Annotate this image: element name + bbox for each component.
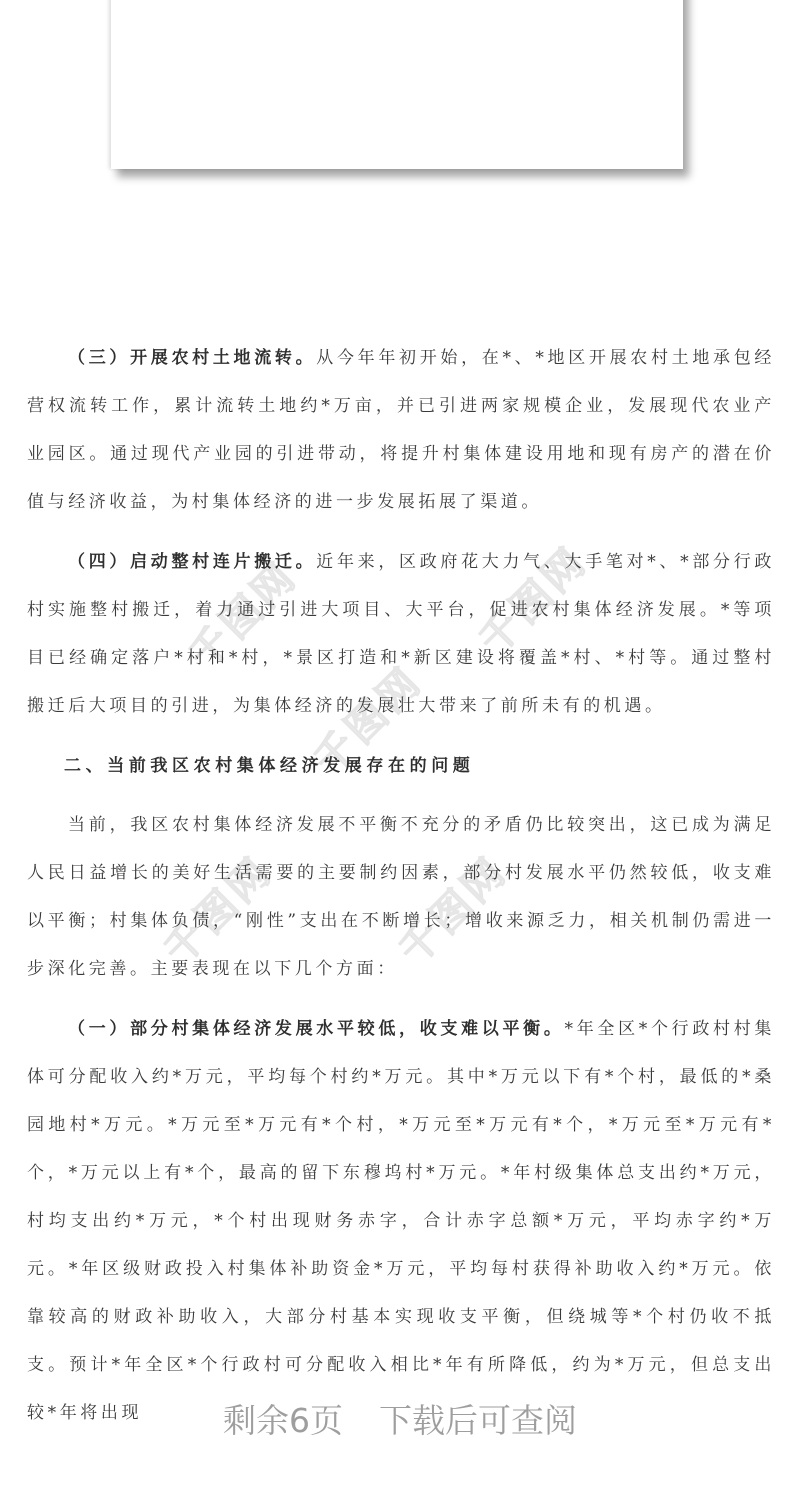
paragraph-lead: （四）启动整村连片搬迁。 xyxy=(68,552,316,572)
paragraph-text: *年全区*个行政村村集体可分配收入约*万元，平均每个村约*万元。其中*万元以下有… xyxy=(27,1019,775,1423)
paragraph-current-situation: 当前，我区农村集体经济发展不平衡不充分的矛盾仍比较突出，这已成为满足人民日益增长… xyxy=(27,801,775,993)
download-to-read-more-button[interactable]: 剩余6页下载后可查阅 xyxy=(0,1395,800,1447)
section-heading: 二、当前我区农村集体经济发展存在的问题 xyxy=(27,742,775,790)
download-label: 下载后可查阅 xyxy=(379,1401,577,1440)
document-body: （三）开展农村土地流转。从今年年初开始，在*、*地区开展农村土地承包经营权流转工… xyxy=(27,334,775,1437)
previous-page-card: ▔▔▔▔▔▔▔▔▔▔▔▔▔▔▔▔▔▔▔▔▔▔▔▔▔▔▔▔▔▔ xyxy=(111,0,683,169)
paragraph-lead: （一）部分村集体经济发展水平较低，收支难以平衡。 xyxy=(68,1019,565,1039)
paragraph-text: 近年来，区政府花大力气、大手笔对*、*部分行政村实施整村搬迁，着力通过引进大项目… xyxy=(27,552,775,716)
remaining-pages-label: 剩余6页 xyxy=(223,1401,343,1440)
paragraph-text: 从今年年初开始，在*、*地区开展农村土地承包经营权流转工作，累计流转土地约*万亩… xyxy=(27,348,775,512)
paragraph-lead: （三）开展农村土地流转。 xyxy=(68,348,316,368)
paragraph-village-relocation: （四）启动整村连片搬迁。近年来，区政府花大力气、大手笔对*、*部分行政村实施整村… xyxy=(27,538,775,730)
paragraph-land-transfer: （三）开展农村土地流转。从今年年初开始，在*、*地区开展农村土地承包经营权流转工… xyxy=(27,334,775,526)
paragraph-text: 当前，我区农村集体经济发展不平衡不充分的矛盾仍比较突出，这已成为满足人民日益增长… xyxy=(27,815,775,979)
paragraph-low-development: （一）部分村集体经济发展水平较低，收支难以平衡。*年全区*个行政村村集体可分配收… xyxy=(27,1005,775,1437)
